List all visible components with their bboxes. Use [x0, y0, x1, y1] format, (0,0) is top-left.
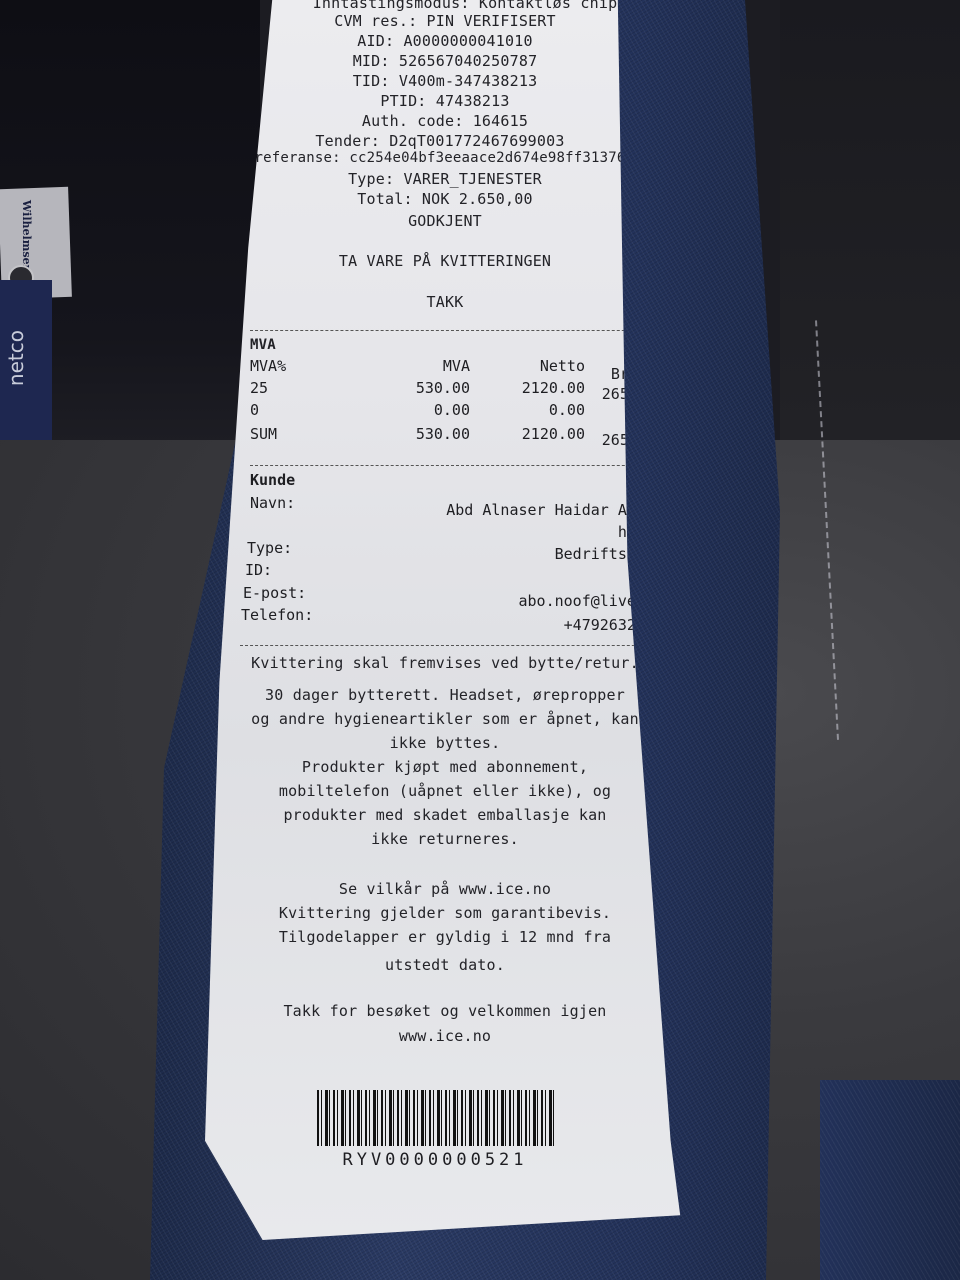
vat-rate: SUM: [250, 425, 277, 443]
cvm-result: CVM res.: PIN VERIFISERT: [205, 12, 685, 30]
info-line: Kvittering gjelder som garantibevis.: [205, 904, 685, 922]
thanks-text: TAKK: [205, 293, 685, 311]
barcode-value: RYV0000000521: [325, 1150, 545, 1170]
terms-line: ikke returneres.: [205, 830, 685, 848]
approval-status: GODKJENT: [205, 212, 685, 230]
id-label: ID:: [245, 561, 272, 579]
info-line: Se vilkår på www.ice.no: [205, 880, 685, 898]
divider: [240, 645, 670, 646]
vat-col-mva: MVA: [380, 357, 470, 375]
barcode: [317, 1090, 557, 1146]
vat-mva: 530.00: [380, 425, 470, 443]
total: Total: NOK 2.650,00: [205, 190, 685, 208]
type-label: Type:: [247, 539, 292, 557]
terms-line: Produkter kjøpt med abonnement,: [205, 758, 685, 776]
tag-strip-text: netco: [4, 330, 28, 386]
car-interior-shadow: [780, 0, 960, 440]
vat-col-netto: Netto: [475, 357, 585, 375]
vat-netto: 0.00: [475, 401, 585, 419]
ptid: PTID: 47438213: [205, 92, 685, 110]
footer-thanks: Takk for besøket og velkommen igjen: [205, 1002, 685, 1020]
aid: AID: A0000000041010: [205, 32, 685, 50]
reference: referanse: cc254e04bf3eeaace2d674e98ff31…: [195, 150, 685, 166]
vat-rate: 0: [250, 401, 259, 419]
vat-mva: 530.00: [380, 379, 470, 397]
info-line: Tilgodelapper er gyldig i 12 mnd fra: [205, 928, 685, 946]
vat-netto: 2120.00: [475, 425, 585, 443]
vat-mva: 0.00: [380, 401, 470, 419]
keep-receipt-notice: TA VARE PÅ KVITTERINGEN: [205, 252, 685, 270]
terms-line: og andre hygieneartikler som er åpnet, k…: [205, 710, 685, 728]
tag-brand-text: Wilhelmsen: [20, 200, 33, 273]
vat-title: MVA: [250, 337, 276, 353]
tid: TID: V400m-347438213: [205, 72, 685, 90]
denim-jeans-edge: [820, 1080, 960, 1280]
vat-sum-row: SUM 530.00 2120.00 2650.00: [250, 425, 670, 447]
name-label: Navn:: [250, 494, 295, 512]
terms-line: 30 dager bytterett. Headset, ørepropper: [205, 686, 685, 704]
vat-header-row: MVA% MVA Netto Brutto: [250, 357, 670, 379]
customer-title: Kunde: [250, 471, 295, 489]
email-label: E-post:: [243, 584, 306, 602]
terms-line: produkter med skadet emballasje kan: [205, 806, 685, 824]
terms-line: ikke byttes.: [205, 734, 685, 752]
vat-rate: 25: [250, 379, 268, 397]
vat-col-rate: MVA%: [250, 357, 286, 375]
vat-row: 0 0.00 0.00 0.00: [250, 401, 670, 423]
vat-row: 25 530.00 2120.00 2650.00: [250, 379, 670, 401]
vat-netto: 2120.00: [475, 379, 585, 397]
divider: [250, 330, 670, 331]
terms-line: Kvittering skal fremvises ved bytte/retu…: [205, 654, 685, 672]
divider: [250, 465, 665, 466]
info-line: utstedt dato.: [205, 956, 685, 974]
phone-label: Telefon:: [241, 606, 313, 624]
transaction-type: Type: VARER_TJENESTER: [205, 170, 685, 188]
mid: MID: 526567040250787: [205, 52, 685, 70]
tender: Tender: D2qT001772467699003: [195, 132, 685, 150]
auth-code: Auth. code: 164615: [205, 112, 685, 130]
footer-website: www.ice.no: [205, 1027, 685, 1045]
receipt: Inntastingsmodus: Kontaktløs chip CVM re…: [205, 0, 685, 1240]
terms-line: mobiltelefon (uåpnet eller ikke), og: [205, 782, 685, 800]
